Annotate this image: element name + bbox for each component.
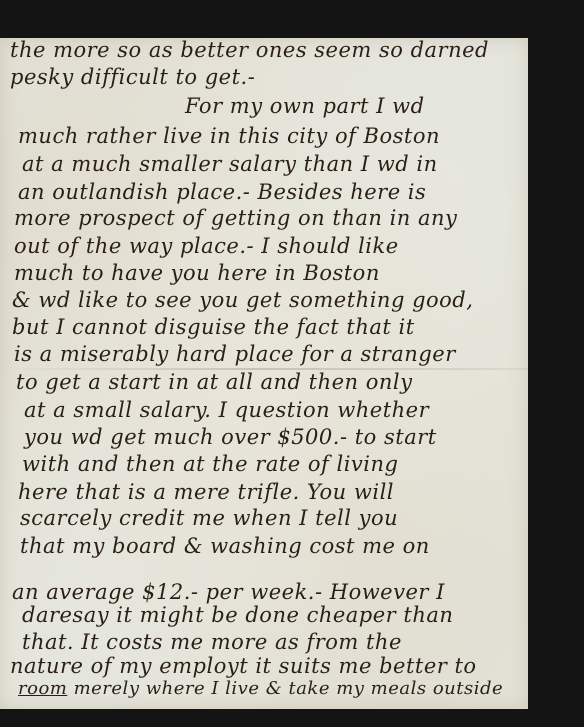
letter-line: that. It costs me more as from the bbox=[22, 630, 402, 654]
letter-line: here that is a mere trifle. You will bbox=[18, 480, 394, 504]
letter-line-rest: merely where I live & take my meals outs… bbox=[67, 678, 503, 699]
letter-line: is a miserably hard place for a stranger bbox=[14, 342, 456, 366]
letter-line: room merely where I live & take my meals… bbox=[18, 678, 503, 699]
letter-line: but I cannot disguise the fact that it bbox=[12, 315, 415, 339]
letter-line: more prospect of getting on than in any bbox=[14, 206, 457, 230]
letter-line: out of the way place.- I should like bbox=[14, 234, 399, 258]
letter-line: the more so as better ones seem so darne… bbox=[10, 38, 489, 62]
letter-line: & wd like to see you get something good, bbox=[12, 288, 473, 312]
letter-line: much rather live in this city of Boston bbox=[18, 124, 440, 148]
letter-line: much to have you here in Boston bbox=[14, 261, 380, 285]
letter-line: scarcely credit me when I tell you bbox=[20, 506, 398, 530]
letter-line: nature of my employt it suits me better … bbox=[10, 654, 477, 678]
letter-line: at a much smaller salary than I wd in bbox=[22, 152, 438, 176]
letter-line: daresay it might be done cheaper than bbox=[22, 603, 453, 627]
underlined-word: room bbox=[18, 678, 67, 699]
letter-line: with and then at the rate of living bbox=[22, 452, 398, 476]
letter-line: you wd get much over $500.- to start bbox=[24, 425, 437, 449]
letter-page: the more so as better ones seem so darne… bbox=[0, 38, 528, 709]
letter-line: to get a start in at all and then only bbox=[16, 370, 413, 394]
letter-line: pesky difficult to get.- bbox=[10, 65, 255, 89]
letter-line: that my board & washing cost me on bbox=[20, 534, 430, 558]
letter-line: at a small salary. I question whether bbox=[24, 398, 429, 422]
letter-line: an average $12.- per week.- However I bbox=[12, 580, 445, 604]
letter-line: an outlandish place.- Besides here is bbox=[18, 180, 426, 204]
letter-line: For my own part I wd bbox=[185, 94, 425, 118]
